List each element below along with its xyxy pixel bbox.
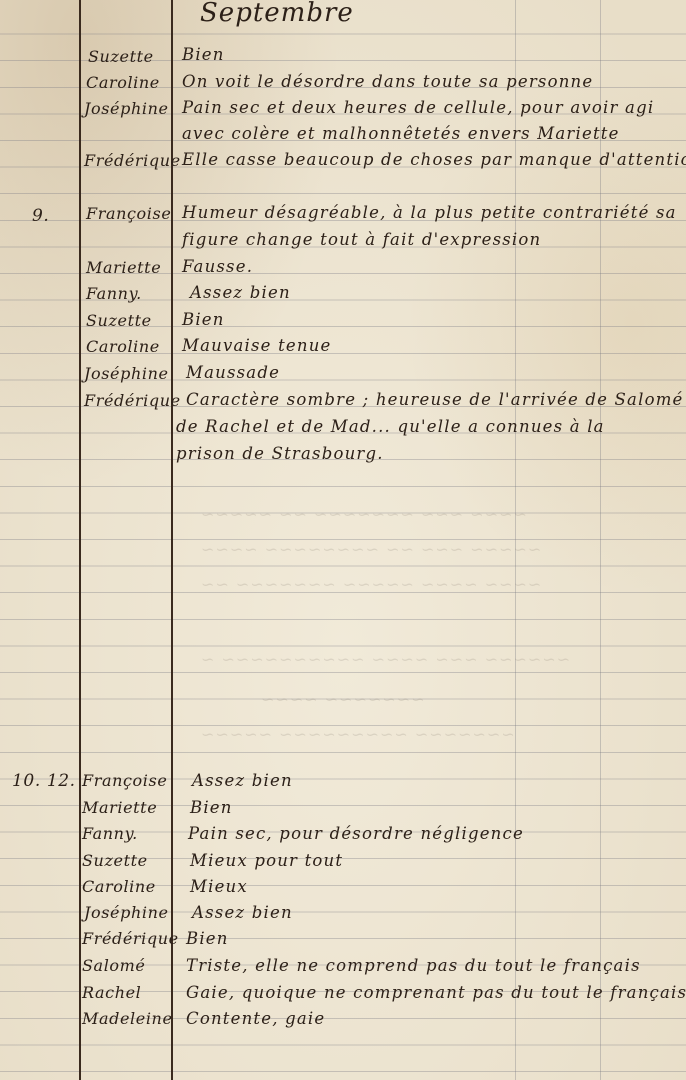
entry-remark: de Rachel et de Mad... qu'elle a connues… [176,417,605,436]
entry-remark: Mauvaise tenue [182,336,332,355]
entry-remark: Gaie, quoique ne comprenant pas du tout … [186,983,686,1002]
bleed-through-text: ~~~~~~~ ~~~~~~~~~ ~~~~~ [200,725,515,744]
entry-remark: Contente, gaie [186,1009,325,1028]
entry-remark: avec colère et malhonnêtetés envers Mari… [182,124,620,143]
entry-remark: On voit le désordre dans toute sa person… [182,72,593,91]
entry-remark: Pain sec, pour désordre négligence [188,824,524,843]
entry-remark: Bien [186,929,229,948]
entry-remark: Elle casse beaucoup de choses par manque… [182,150,686,169]
entry-name: Mariette [86,258,161,277]
entry-remark: Bien [182,45,225,64]
entry-name: Frédérique [84,151,181,170]
entry-remark: Fausse. [182,257,253,276]
entry-remark: Assez bien [190,283,291,302]
bleed-through-text: ~~~~~ ~~~ ~~ ~~~~~~~~ ~~~~ [200,540,541,559]
entry-remark: Pain sec et deux heures de cellule, pour… [182,98,654,117]
entry-name: Fanny. [82,824,138,843]
bleed-through-text: ~~~~ ~~~ ~~~~~~~ ~~ ~~~~~ [200,505,527,524]
entry-remark: Assez bien [192,771,293,790]
entry-name: Suzette [86,311,152,330]
entry-remark: Bien [182,310,225,329]
entry-name: Françoise [82,771,167,790]
entry-name: Joséphine [84,99,169,118]
entry-name: Salomé [82,956,146,975]
entry-date: 10. 12. [12,771,76,791]
entry-remark: Humeur désagréable, à la plus petite con… [182,203,677,222]
entry-name: Frédérique [82,929,179,948]
entry-name: Françoise [86,204,171,223]
entry-remark: Maussade [186,363,280,382]
entry-name: Suzette [88,47,154,66]
entry-name: Suzette [82,851,148,870]
entry-remark: prison de Strasbourg. [176,444,384,463]
entry-remark: Caractère sombre ; heureuse de l'arrivée… [186,390,684,409]
entry-remark: Bien [190,798,233,817]
entry-remark: Assez bien [192,903,293,922]
entry-name: Madeleine [82,1009,173,1028]
bleed-through-text: ~~~~ ~~~~ ~~~~~ ~~~~~~~ ~~ [200,575,541,594]
entry-name: Caroline [82,877,156,896]
date-column-divider [79,0,81,1080]
entry-remark: figure change tout à fait d'expression [182,230,541,249]
entry-name: Fanny. [86,284,142,303]
entry-name: Caroline [86,73,160,92]
entry-remark: Triste, elle ne comprend pas du tout le … [186,956,641,975]
bleed-through-text: ~~~~~~~ ~~~~ [260,690,425,709]
month-heading: Septembre [200,0,354,28]
entry-name: Frédérique [84,391,181,410]
entry-remark: Mieux [190,877,248,896]
entry-remark: Mieux pour tout [190,851,343,870]
entry-name: Rachel [82,983,141,1002]
entry-name: Joséphine [84,364,169,383]
entry-date: 9. [32,206,49,226]
entry-name: Joséphine [84,903,169,922]
entry-name: Mariette [82,798,157,817]
entry-name: Caroline [86,337,160,356]
bleed-through-text: ~~~~~~ ~~~ ~~~~ ~~~~~~~~~~ ~ [200,650,570,669]
